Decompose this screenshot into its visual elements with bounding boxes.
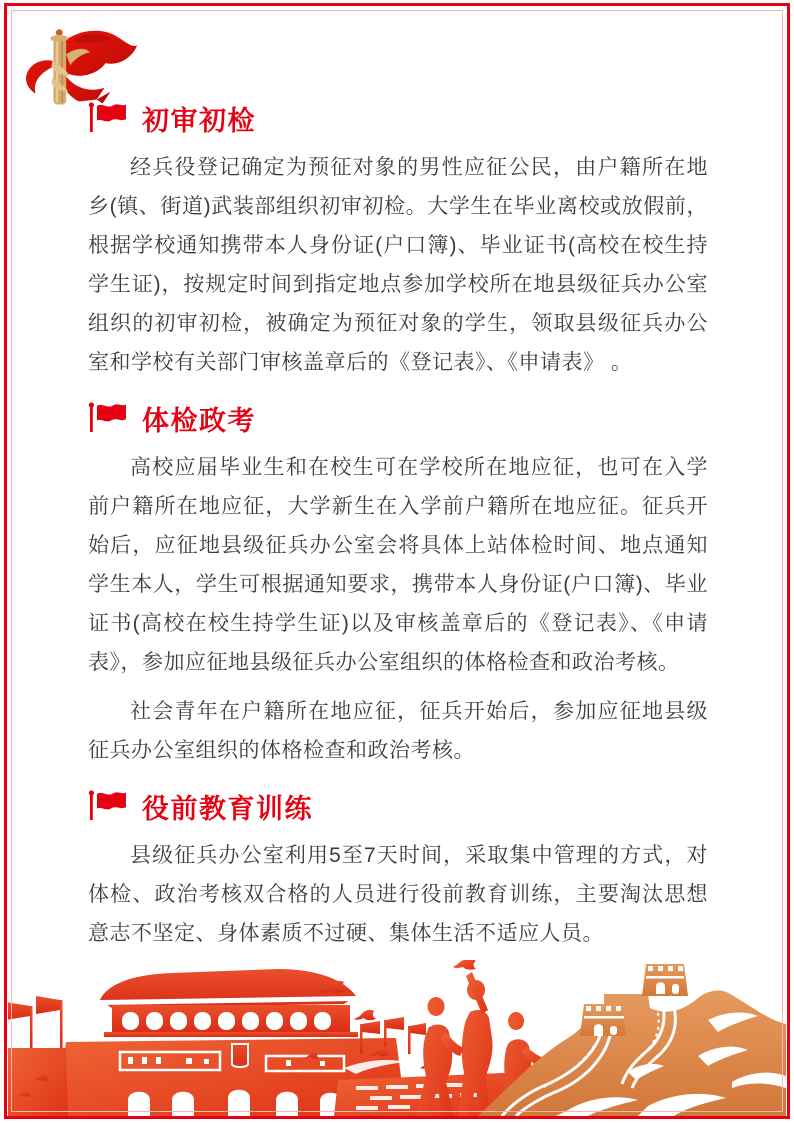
section-tijian-zhengkao: 体检政考 高校应届毕业生和在校生可在学校所在地应征，也可在入学前户籍所在地应征，… [88,398,708,770]
tiananmen-greatwall-silhouette-decoration [8,960,786,1116]
red-flag-bullet-icon [88,102,128,134]
red-flag-bullet-icon [88,402,128,434]
article-body: 初审初检 经兵役登记确定为预征对象的男性应征公民，由户籍所在地乡(镇、街道)武装… [88,0,708,953]
section-title: 役前教育训练 [142,787,313,826]
paragraph: 高校应届毕业生和在校生可在学校所在地应征，也可在入学前户籍所在地应征，大学新生在… [88,448,708,682]
section-title: 体检政考 [142,399,256,438]
paragraph: 社会青年在户籍所在地应征，征兵开始后，参加应征地县级征兵办公室组织的体格检查和政… [88,692,708,770]
document-page: 初审初检 经兵役登记确定为预征对象的男性应征公民，由户籍所在地乡(镇、街道)武装… [0,0,794,1123]
paragraph: 经兵役登记确定为预征对象的男性应征公民，由户籍所在地乡(镇、街道)武装部组织初审… [88,148,708,382]
red-flag-bullet-icon [88,790,128,822]
section-title: 初审初检 [142,99,256,138]
section-heading: 役前教育训练 [88,786,708,826]
paragraph: 县级征兵办公室利用5至7天时间，采取集中管理的方式，对体检、政治考核双合格的人员… [88,836,708,953]
section-chushen-chujian: 初审初检 经兵役登记确定为预征对象的男性应征公民，由户籍所在地乡(镇、街道)武装… [88,98,708,382]
section-yuqian-jiaoyu-xunlian: 役前教育训练 县级征兵办公室利用5至7天时间，采取集中管理的方式，对体检、政治考… [88,786,708,953]
section-heading: 体检政考 [88,398,708,438]
section-heading: 初审初检 [88,98,708,138]
